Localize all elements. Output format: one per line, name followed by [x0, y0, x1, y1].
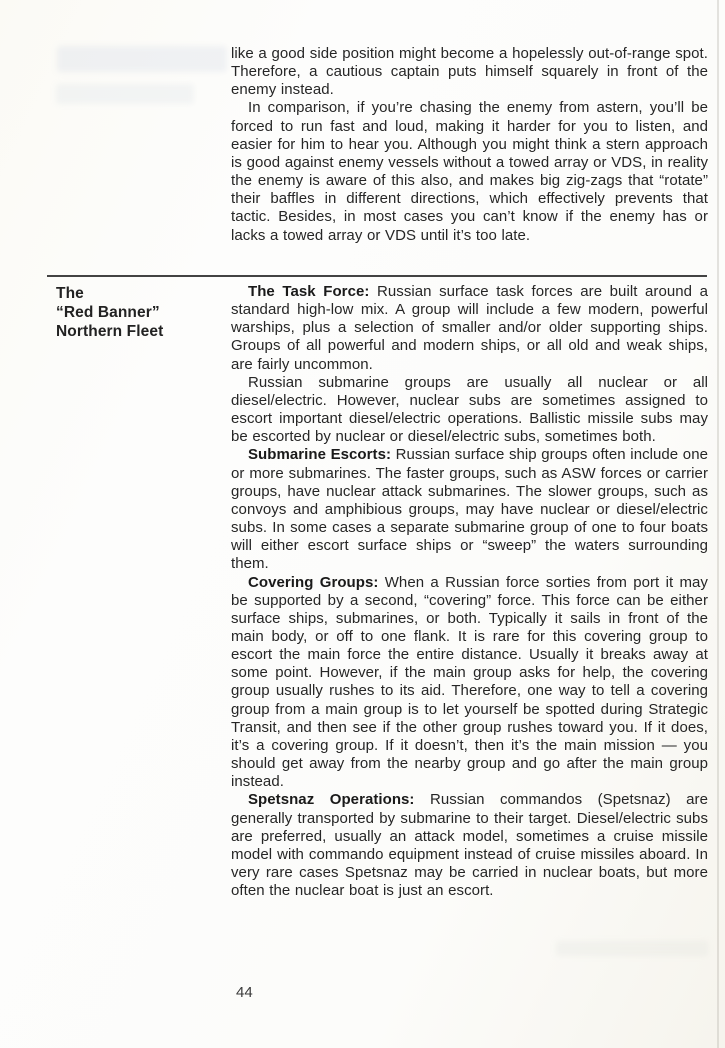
paragraph: Russian submarine groups are usually all…	[231, 374, 708, 447]
bleedthrough-ghost	[556, 941, 708, 956]
page-edge-shadow	[717, 0, 719, 1048]
paragraph: like a good side position might become a…	[231, 45, 708, 99]
bleedthrough-ghost	[56, 84, 194, 104]
paragraph-text: In comparison, if you’re chasing the ene…	[231, 99, 708, 243]
paragraph: Spetsnaz Operations: Russian commandos (…	[231, 791, 708, 900]
section-heading-line: Northern Fleet	[56, 322, 226, 341]
page-number: 44	[236, 984, 253, 1001]
section-heading: The “Red Banner” Northern Fleet	[56, 284, 226, 341]
paragraph-text: Russian surface ship groups often includ…	[231, 446, 708, 572]
section-divider-rule	[47, 275, 707, 277]
paragraph: Covering Groups: When a Russian force so…	[231, 574, 708, 792]
paragraph-text: When a Russian force sorties from port i…	[231, 574, 708, 791]
text-column-fleet: The Task Force: Russian surface task for…	[231, 283, 708, 900]
paragraph: In comparison, if you’re chasing the ene…	[231, 99, 708, 244]
manual-page: like a good side position might become a…	[0, 0, 725, 1048]
paragraph-lead: Spetsnaz Operations:	[248, 791, 414, 808]
text-column-top: like a good side position might become a…	[231, 45, 708, 245]
paragraph-lead: Covering Groups:	[248, 574, 378, 591]
paragraph: The Task Force: Russian surface task for…	[231, 283, 708, 374]
bleedthrough-ghost	[57, 46, 227, 72]
paragraph-lead: Submarine Escorts:	[248, 446, 391, 463]
section-heading-line: The	[56, 284, 226, 303]
paragraph-lead: The Task Force:	[248, 283, 369, 300]
paragraph-text: Russian submarine groups are usually all…	[231, 374, 708, 445]
section-heading-line: “Red Banner”	[56, 303, 226, 322]
paragraph: Submarine Escorts: Russian surface ship …	[231, 446, 708, 573]
paragraph-text: like a good side position might become a…	[231, 45, 708, 98]
